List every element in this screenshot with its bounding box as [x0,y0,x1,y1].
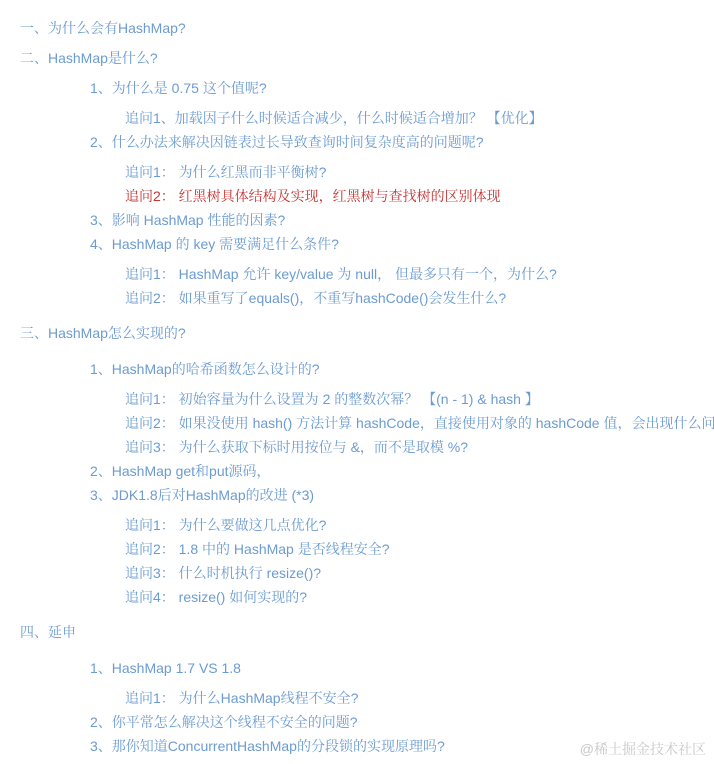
section-title: 一、为什么会有HashMap? [0,16,714,40]
outline-section-2: 二、HashMap是什么? 1、为什么是 0.75 这个值呢? 追问1、加载因子… [0,46,714,310]
outline-item: 2、什么办法来解决因链表过长导致查询时间复杂度高的问题呢? [0,130,714,154]
hashmap-outline-page: 一、为什么会有HashMap? 二、HashMap是什么? 1、为什么是 0.7… [0,0,714,764]
outline-followup: 追问1、加载因子什么时候适合减少，什么时候适合增加？ 【优化】 [0,106,714,130]
outline-item: 2、你平常怎么解决这个线程不安全的问题? [0,710,714,734]
outline-followup: 追问1： HashMap 允许 key/value 为 null， 但最多只有一… [0,262,714,286]
outline-followup: 追问1： 为什么HashMap线程不安全? [0,686,714,710]
watermark: @稀土掘金技术社区 [580,739,706,759]
outline-item: 3、JDK1.8后对HashMap的改进 (*3) [0,483,714,507]
section-title: 二、HashMap是什么? [0,46,714,70]
outline-item: 2、HashMap get和put源码， [0,459,714,483]
outline-followup: 追问1： 为什么红黑而非平衡树? [0,160,714,184]
outline-section-3: 三、HashMap怎么实现的? 1、HashMap的哈希函数怎么设计的? 追问1… [0,321,714,609]
outline-section-4: 四、延申 1、HashMap 1.7 VS 1.8 追问1： 为什么HashMa… [0,620,714,758]
outline-followup: 追问1： 为什么要做这几点优化? [0,513,714,537]
outline-item: 1、HashMap 1.7 VS 1.8 [0,656,714,680]
outline-followup: 追问3： 为什么获取下标时用按位与 &，而不是取模 %? [0,435,714,459]
outline-followup: 追问1： 初始容量为什么设置为 2 的整数次幂？ 【(n - 1) & hash… [0,387,714,411]
outline-item: 4、HashMap 的 key 需要满足什么条件? [0,232,714,256]
outline-item: 1、HashMap的哈希函数怎么设计的? [0,357,714,381]
outline-section-1: 一、为什么会有HashMap? [0,16,714,40]
outline-followup: 追问2： 如果没使用 hash() 方法计算 hashCode，直接使用对象的 … [0,411,714,435]
outline-item: 1、为什么是 0.75 这个值呢? [0,76,714,100]
outline-item: 3、影响 HashMap 性能的因素? [0,208,714,232]
outline-followup: 追问2： 如果重写了equals()，不重写hashCode()会发生什么? [0,286,714,310]
section-title: 三、HashMap怎么实现的? [0,321,714,345]
outline-followup: 追问2： 1.8 中的 HashMap 是否线程安全? [0,537,714,561]
outline-followup: 追问4： resize() 如何实现的? [0,585,714,609]
section-title: 四、延申 [0,620,714,644]
outline-followup-highlighted: 追问2： 红黑树具体结构及实现，红黑树与查找树的区别体现 [0,184,714,208]
outline-followup: 追问3： 什么时机执行 resize()? [0,561,714,585]
